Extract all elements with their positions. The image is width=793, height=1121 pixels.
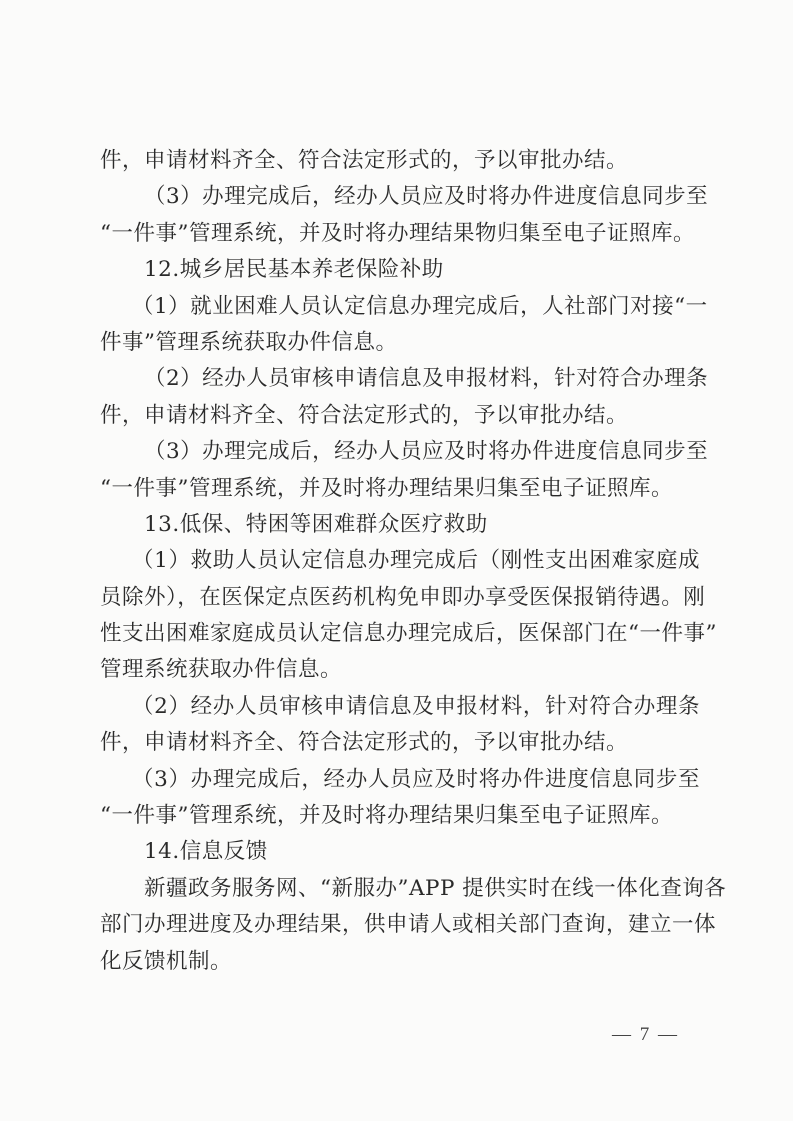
text-line: 性支出困难家庭成员认定信息办理完成后，医保部门在“一件事” [100,616,700,652]
section-heading-12: 12.城乡居民基本养老保险补助 [100,252,700,288]
text-line: “一件事”管理系统，并及时将办理结果物归集至电子证照库。 [100,216,700,252]
text-line: 件，申请材料齐全、符合法定形式的，予以审批办结。 [100,725,700,761]
text-line: （3）办理完成后，经办人员应及时将办件进度信息同步至 [100,179,700,215]
text-line: （2）经办人员审核申请信息及申报材料，针对符合办理条 [100,689,700,725]
page-number: — 7 — [612,1024,679,1046]
text-line: 部门办理进度及办理结果，供申请人或相关部门查询，建立一体 [100,907,700,943]
text-line: 员除外），在医保定点医药机构免申即办享受医保报销待遇。刚 [100,580,700,616]
text-line: 件，申请材料齐全、符合法定形式的，予以审批办结。 [100,143,700,179]
text-line: （3）办理完成后，经办人员应及时将办件进度信息同步至 [100,434,700,470]
text-line: （3）办理完成后，经办人员应及时将办件进度信息同步至 [100,762,700,798]
text-line: 件，申请材料齐全、符合法定形式的，予以审批办结。 [100,398,700,434]
text-line: （1）救助人员认定信息办理完成后（刚性支出困难家庭成 [100,543,700,579]
text-line: “一件事”管理系统，并及时将办理结果归集至电子证照库。 [100,471,700,507]
text-line: 新疆政务服务网、“新服办”APP 提供实时在线一体化查询各 [100,871,700,907]
text-line: “一件事”管理系统，并及时将办理结果归集至电子证照库。 [100,798,700,834]
text-line: 件事”管理系统获取办件信息。 [100,325,700,361]
text-line: （1）就业困难人员认定信息办理完成后，人社部门对接“一 [100,289,700,325]
section-heading-14: 14.信息反馈 [100,834,700,870]
text-line: 化反馈机制。 [100,944,700,980]
text-line: 管理系统获取办件信息。 [100,652,700,688]
section-heading-13: 13.低保、特困等困难群众医疗救助 [100,507,700,543]
text-line: （2）经办人员审核申请信息及申报材料，针对符合办理条 [100,361,700,397]
document-body: 件，申请材料齐全、符合法定形式的，予以审批办结。 （3）办理完成后，经办人员应及… [100,143,700,980]
